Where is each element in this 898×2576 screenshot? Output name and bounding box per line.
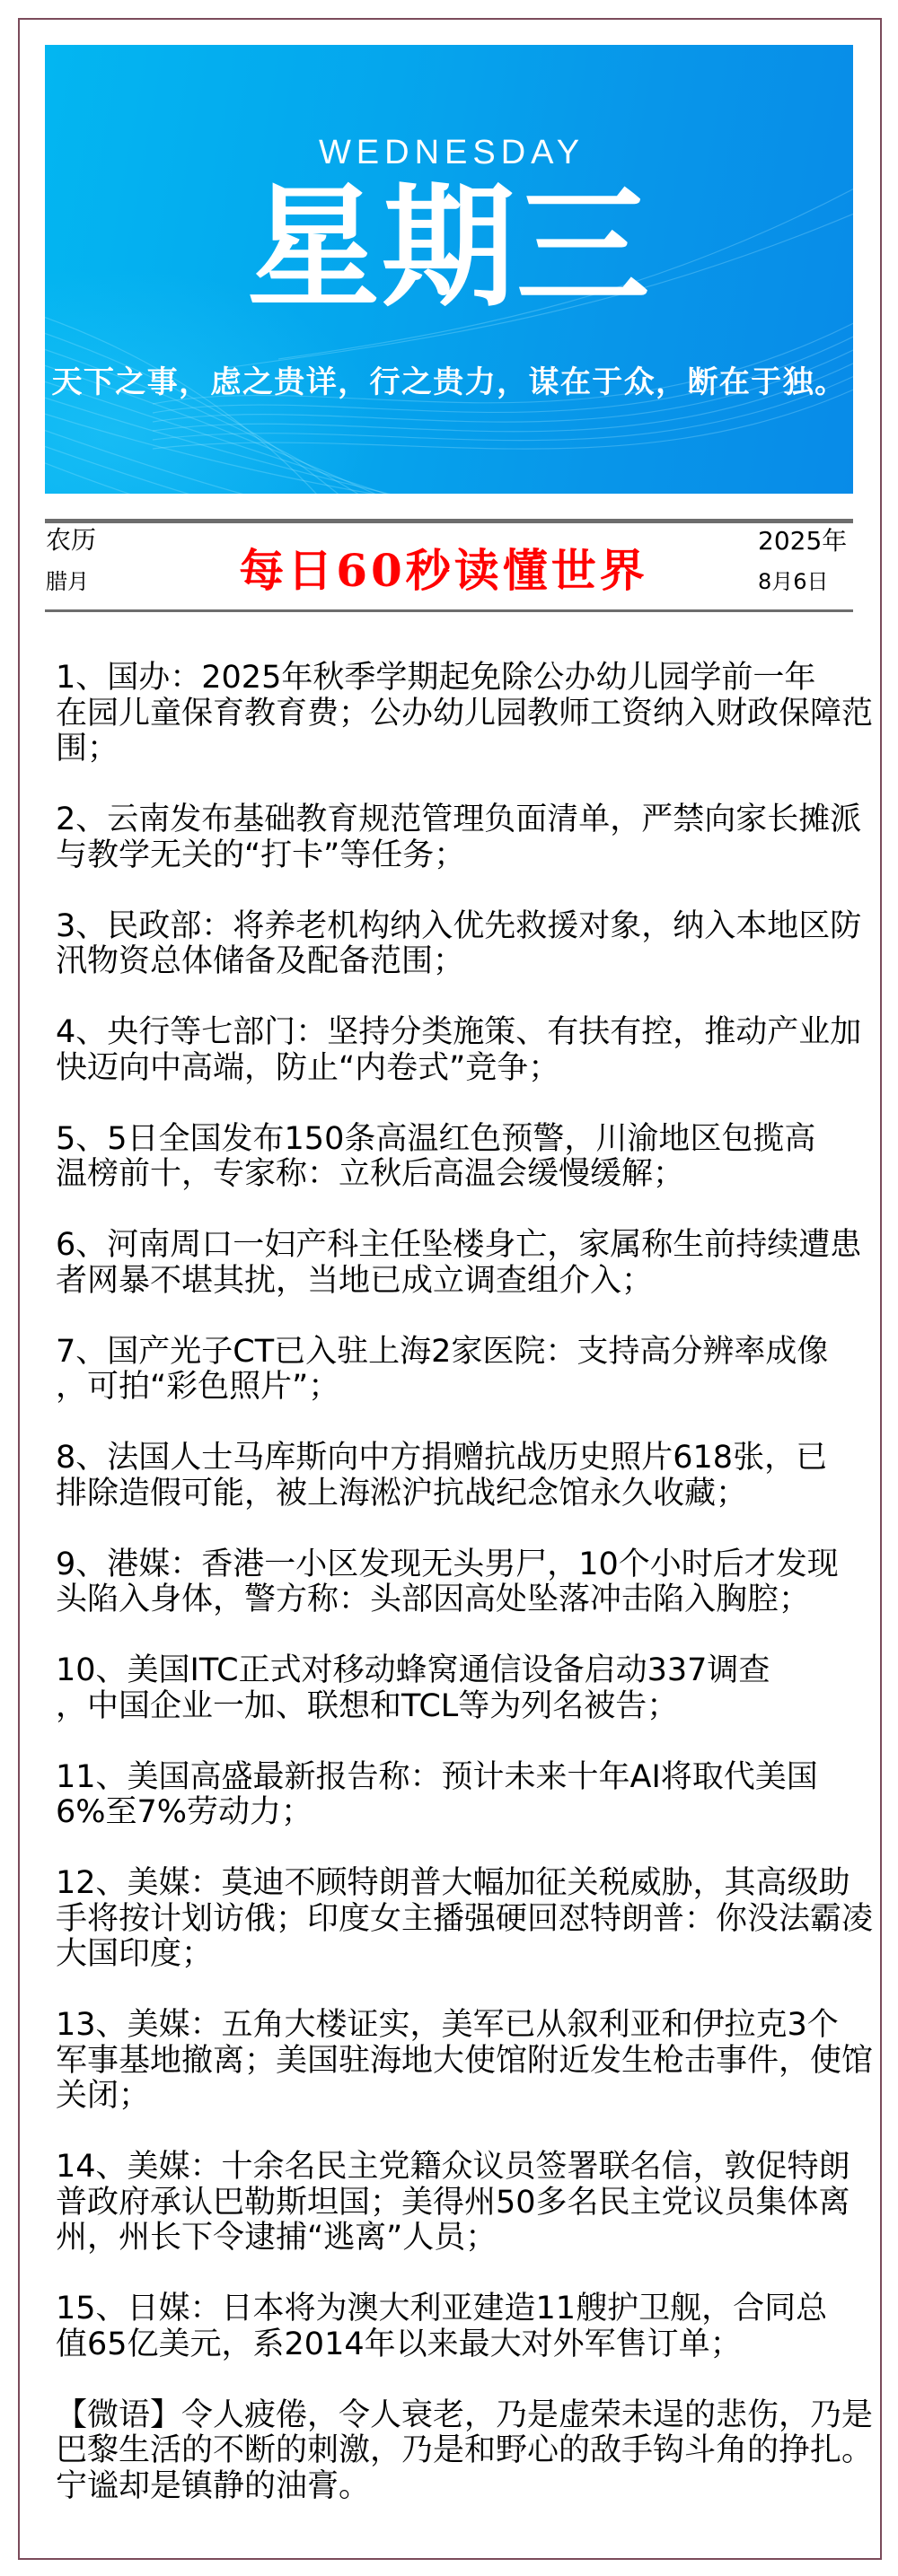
news-line: 排除造假可能，被上海淞沪抗战纪念馆永久收藏； (56, 1476, 882, 1512)
header-banner: WEDNESDAY 星期三 天下之事，虑之贵详，行之贵力，谋在于众，断在于独。 (45, 45, 853, 494)
motto-text: 天下之事，虑之贵详，行之贵力，谋在于众，断在于独。 (45, 364, 853, 400)
news-item-4: 4、央行等七部门：坚持分类施策、有扶有控，推动产业加 快迈向中高端，防止“内卷式… (56, 1015, 882, 1086)
news-line: 6%至7%劳动力； (56, 1795, 882, 1831)
date-bar-top-divider (45, 519, 853, 523)
date-bar-bottom-divider (45, 609, 853, 612)
news-line: 15、日媒：日本将为澳大利亚建造11艘护卫舰，合同总 (56, 2291, 882, 2327)
news-line: 11、美国高盛最新报告称：预计未来十年AI将取代美国 (56, 1760, 882, 1796)
news-line: 快迈向中高端，防止“内卷式”竞争； (56, 1051, 882, 1087)
weekday-chinese: 星期三 (45, 180, 853, 314)
news-line: 大国印度； (56, 1937, 882, 1973)
news-line: 12、美媒：莫迪不顾特朗普大幅加征关税威胁，其高级助 (56, 1866, 882, 1902)
news-line: 1、国办：2025年秋季学期起免除公办幼儿园学前一年 (56, 661, 882, 697)
news-line: 值65亿美元，系2014年以来最大对外军售订单； (56, 2327, 882, 2363)
news-item-1: 1、国办：2025年秋季学期起免除公办幼儿园学前一年 在园儿童保育教育费；公办幼… (56, 661, 882, 767)
news-line: 普政府承认巴勒斯坦国；美得州50多名民主党议员集体离 (56, 2186, 882, 2221)
lunar-month: 腊月 (46, 568, 89, 595)
daily-title: 每日60秒读懂世界 (174, 546, 713, 596)
news-line: 6、河南周口一妇产科主任坠楼身亡，家属称生前持续遭患 (56, 1228, 882, 1264)
news-item-7: 7、国产光子CT已入驻上海2家医院：支持高分辨率成像 ，可拍“彩色照片”； (56, 1335, 882, 1406)
date-label: 8月6日 (758, 568, 829, 595)
news-line: 2、云南发布基础教育规范管理负面清单，严禁向家长摊派 (56, 802, 882, 838)
lunar-calendar-label: 农历 (46, 525, 96, 556)
news-line: 10、美国ITC正式对移动蜂窝通信设备启动337调查 (56, 1653, 882, 1689)
news-line: 与教学无关的“打卡”等任务； (56, 838, 882, 874)
news-line: ，可拍“彩色照片”； (56, 1370, 882, 1406)
quote-line: 【微语】令人疲倦，令人衰老，乃是虚荣未逞的悲伤，乃是 (56, 2398, 882, 2434)
news-item-10: 10、美国ITC正式对移动蜂窝通信设备启动337调查 ，中国企业一加、联想和TC… (56, 1653, 882, 1724)
news-line: 头陷入身体，警方称：头部因高处坠落冲击陷入胸腔； (56, 1582, 882, 1618)
news-item-3: 3、民政部：将养老机构纳入优先救援对象，纳入本地区防 汛物资总体储备及配备范围； (56, 909, 882, 980)
news-line: 13、美媒：五角大楼证实，美军已从叙利亚和伊拉克3个 (56, 2008, 882, 2044)
news-line: 手将按计划访俄；印度女主播强硬回怼特朗普：你没法霸凌 (56, 1902, 882, 1938)
news-line: 汛物资总体储备及配备范围； (56, 944, 882, 980)
daily-quote: 【微语】令人疲倦，令人衰老，乃是虚荣未逞的悲伤，乃是 巴黎生活的不断的刺激，乃是… (56, 2398, 882, 2505)
weekday-english: WEDNESDAY (45, 136, 853, 170)
news-line: 8、法国人士马库斯向中方捐赠抗战历史照片618张，已 (56, 1441, 882, 1476)
news-line: 在园儿童保育教育费；公办幼儿园教师工资纳入财政保障范 (56, 697, 882, 732)
news-item-15: 15、日媒：日本将为澳大利亚建造11艘护卫舰，合同总 值65亿美元，系2014年… (56, 2291, 882, 2362)
news-line: 7、国产光子CT已入驻上海2家医院：支持高分辨率成像 (56, 1335, 882, 1371)
news-line: 围； (56, 732, 882, 767)
news-item-13: 13、美媒：五角大楼证实，美军已从叙利亚和伊拉克3个 军事基地撤离；美国驻海地大… (56, 2008, 882, 2115)
news-line: ，中国企业一加、联想和TCL等为列名被告； (56, 1689, 882, 1725)
quote-line: 巴黎生活的不断的刺激，乃是和野心的敌手钩斗角的挣扎。 (56, 2433, 882, 2469)
news-item-14: 14、美媒：十余名民主党籍众议员签署联名信，敦促特朗 普政府承认巴勒斯坦国；美得… (56, 2150, 882, 2256)
year-label: 2025年 (758, 526, 847, 556)
news-item-12: 12、美媒：莫迪不顾特朗普大幅加征关税威胁，其高级助 手将按计划访俄；印度女主播… (56, 1866, 882, 1973)
news-item-8: 8、法国人士马库斯向中方捐赠抗战历史照片618张，已 排除造假可能，被上海淞沪抗… (56, 1441, 882, 1511)
news-line: 者网暴不堪其扰，当地已成立调查组介入； (56, 1264, 882, 1300)
news-list: 1、国办：2025年秋季学期起免除公办幼儿园学前一年 在园儿童保育教育费；公办幼… (56, 661, 882, 2540)
news-line: 州，州长下令逮捕“逃离”人员； (56, 2221, 882, 2256)
news-line: 14、美媒：十余名民主党籍众议员签署联名信，敦促特朗 (56, 2150, 882, 2186)
news-line: 军事基地撤离；美国驻海地大使馆附近发生枪击事件，使馆 (56, 2044, 882, 2080)
news-item-9: 9、港媒：香港一小区发现无头男尸，10个小时后才发现 头陷入身体，警方称：头部因… (56, 1547, 882, 1618)
news-line: 5、5日全国发布150条高温红色预警，川渝地区包揽高 (56, 1122, 882, 1158)
quote-line: 宁谧却是镇静的油膏。 (56, 2469, 882, 2505)
news-line: 关闭； (56, 2079, 882, 2115)
news-item-11: 11、美国高盛最新报告称：预计未来十年AI将取代美国 6%至7%劳动力； (56, 1760, 882, 1831)
news-item-2: 2、云南发布基础教育规范管理负面清单，严禁向家长摊派 与教学无关的“打卡”等任务… (56, 802, 882, 873)
news-line: 3、民政部：将养老机构纳入优先救援对象，纳入本地区防 (56, 909, 882, 945)
news-line: 温榜前十，专家称：立秋后高温会缓慢缓解； (56, 1157, 882, 1193)
news-line: 9、港媒：香港一小区发现无头男尸，10个小时后才发现 (56, 1547, 882, 1583)
news-item-6: 6、河南周口一妇产科主任坠楼身亡，家属称生前持续遭患 者网暴不堪其扰，当地已成立… (56, 1228, 882, 1299)
news-item-5: 5、5日全国发布150条高温红色预警，川渝地区包揽高 温榜前十，专家称：立秋后高… (56, 1122, 882, 1193)
news-line: 4、央行等七部门：坚持分类施策、有扶有控，推动产业加 (56, 1015, 882, 1051)
